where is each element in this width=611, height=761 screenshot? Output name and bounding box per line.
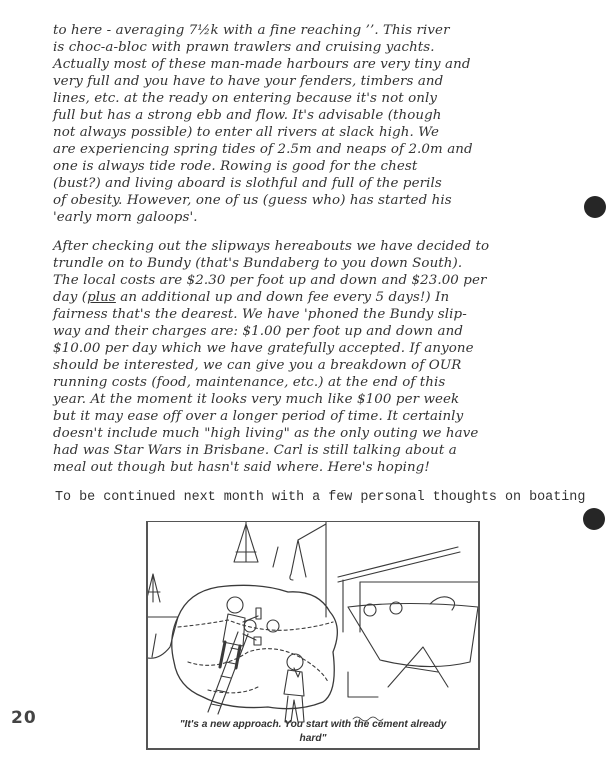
text-line: year. At the moment it looks very much l… bbox=[53, 391, 583, 408]
text-line: After checking out the slipways hereabou… bbox=[53, 238, 583, 255]
page-number: 20 bbox=[11, 708, 37, 728]
text-line: to here - averaging 7½k with a fine reac… bbox=[53, 22, 583, 39]
cartoon-drawing bbox=[148, 522, 478, 748]
text-line: full but has a strong ebb and flow. It's… bbox=[53, 107, 583, 124]
cartoon-illustration: "It's a new approach. You start with the… bbox=[146, 521, 480, 750]
text-line: trundle on to Bundy (that's Bundaberg to… bbox=[53, 255, 583, 272]
text-line: very full and you have to have your fend… bbox=[53, 73, 583, 90]
text-line: lines, etc. at the ready on entering bec… bbox=[53, 90, 583, 107]
text-line: 'early morn galoops'. bbox=[53, 209, 583, 226]
punch-hole-icon bbox=[584, 196, 606, 218]
document-page: to here - averaging 7½k with a fine reac… bbox=[0, 0, 611, 761]
text-line: but it may ease off over a longer period… bbox=[53, 408, 583, 425]
text-line: The local costs are $2.30 per foot up an… bbox=[53, 272, 583, 289]
paragraph-slipway-costs: After checking out the slipways hereabou… bbox=[53, 238, 583, 476]
punch-hole-icon bbox=[583, 508, 605, 530]
underlined-word: plus bbox=[87, 290, 116, 305]
text-line: not always possible) to enter all rivers… bbox=[53, 124, 583, 141]
caption-line: "It's a new approach. You start with the… bbox=[154, 718, 472, 732]
text-line: had was Star Wars in Brisbane. Carl is s… bbox=[53, 442, 583, 459]
text-line: (bust?) and living aboard is slothful an… bbox=[53, 175, 583, 192]
paragraph-river-harbours: to here - averaging 7½k with a fine reac… bbox=[53, 22, 583, 226]
text-segment: day ( bbox=[53, 290, 87, 305]
text-line: one is always tide rode. Rowing is good … bbox=[53, 158, 583, 175]
caption-line: hard" bbox=[154, 732, 472, 746]
text-segment: an additional up and down fee every 5 da… bbox=[116, 290, 449, 305]
text-line: is choc-a-bloc with prawn trawlers and c… bbox=[53, 39, 583, 56]
text-line: day (plus an additional up and down fee … bbox=[53, 289, 583, 306]
text-line: should be interested, we can give you a … bbox=[53, 357, 583, 374]
text-line: $10.00 per day which we have gratefully … bbox=[53, 340, 583, 357]
cartoon-caption: "It's a new approach. You start with the… bbox=[154, 718, 472, 746]
text-line: doesn't include much "high living" as th… bbox=[53, 425, 583, 442]
text-line: Actually most of these man-made harbours… bbox=[53, 56, 583, 73]
text-line: fairness that's the dearest. We have 'ph… bbox=[53, 306, 583, 323]
text-line: meal out though but hasn't said where. H… bbox=[53, 459, 583, 476]
text-line: of obesity. However, one of us (guess wh… bbox=[53, 192, 583, 209]
text-line: are experiencing spring tides of 2.5m an… bbox=[53, 141, 583, 158]
text-line: running costs (food, maintenance, etc.) … bbox=[53, 374, 583, 391]
text-line: way and their charges are: $1.00 per foo… bbox=[53, 323, 583, 340]
to-be-continued-note: To be continued next month with a few pe… bbox=[55, 490, 585, 505]
